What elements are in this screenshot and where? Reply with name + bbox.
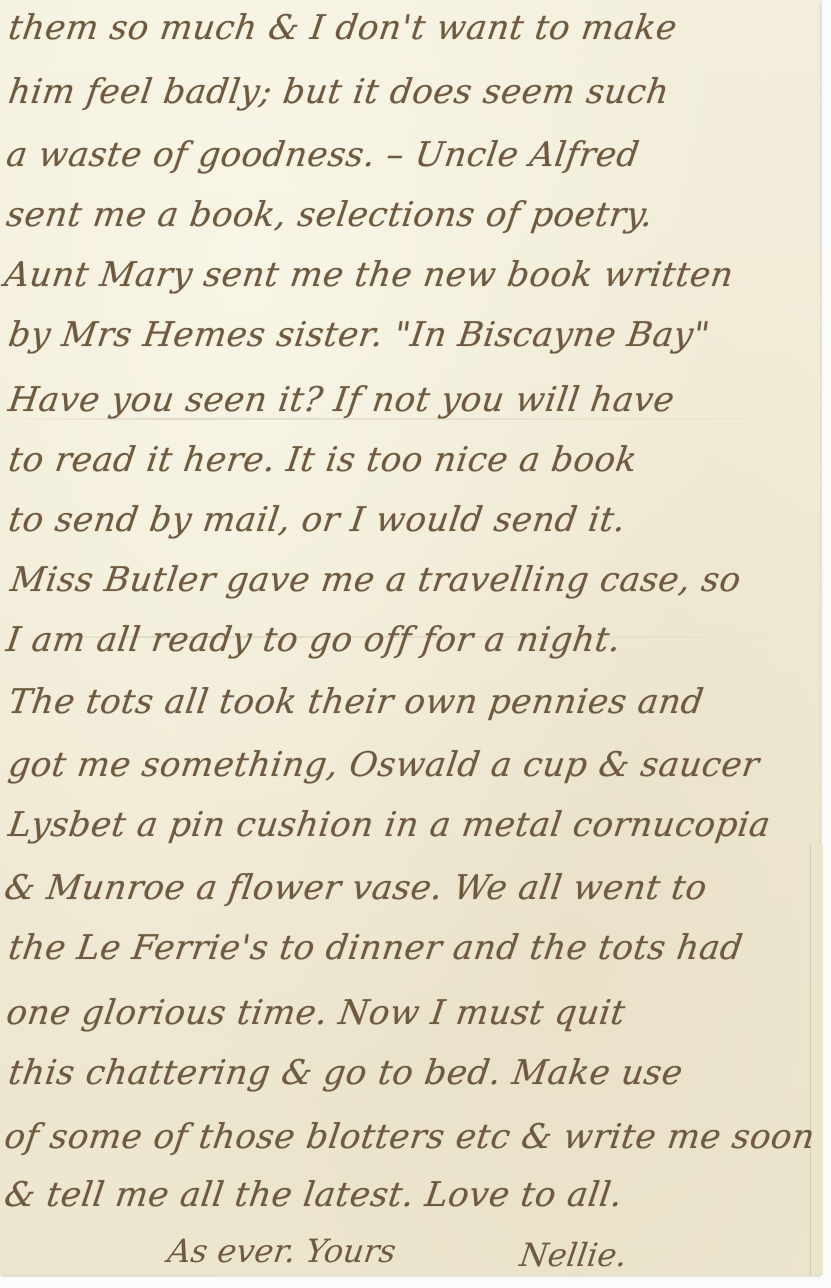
- letter-line: The tots all took their own pennies and: [6, 682, 706, 722]
- letter-line: of some of those blotters etc & write me…: [2, 1117, 817, 1157]
- letter-line: a waste of goodness. – Uncle Alfred: [4, 135, 642, 175]
- letter-line: the Le Ferrie's to dinner and the tots h…: [6, 928, 745, 968]
- letter-line: him feel badly; but it does seem such: [6, 72, 672, 112]
- letter-line: this chattering & go to bed. Make use: [6, 1053, 685, 1093]
- letter-line: Lysbet a pin cushion in a metal cornucop…: [6, 805, 773, 845]
- letter-paper: them so much & I don't want to make him …: [0, 0, 820, 1275]
- letter-line: & tell me all the latest. Love to all.: [2, 1175, 625, 1215]
- letter-line: to read it here. It is too nice a book: [6, 440, 640, 480]
- letter-line: one glorious time. Now I must quit: [4, 993, 628, 1033]
- letter-line: I am all ready to go off for a night.: [4, 620, 623, 660]
- paper-edge-fold: [810, 845, 823, 1275]
- letter-line: to send by mail, or I would send it.: [6, 500, 628, 540]
- letter-line: Have you seen it? If not you will have: [6, 380, 677, 420]
- letter-line: got me something, Oswald a cup & saucer: [6, 745, 762, 785]
- letter-line: Miss Butler gave me a travelling case, s…: [8, 560, 744, 600]
- signature: Nellie.: [517, 1236, 629, 1274]
- letter-line: Aunt Mary sent me the new book written: [2, 255, 736, 295]
- valediction: As ever. Yours: [165, 1232, 398, 1270]
- letter-line: by Mrs Hemes sister. "In Biscayne Bay": [6, 315, 712, 355]
- letter-line: them so much & I don't want to make: [6, 8, 680, 48]
- letter-line: sent me a book, selections of poetry.: [4, 195, 656, 235]
- letter-line: & Munroe a flower vase. We all went to: [2, 868, 710, 908]
